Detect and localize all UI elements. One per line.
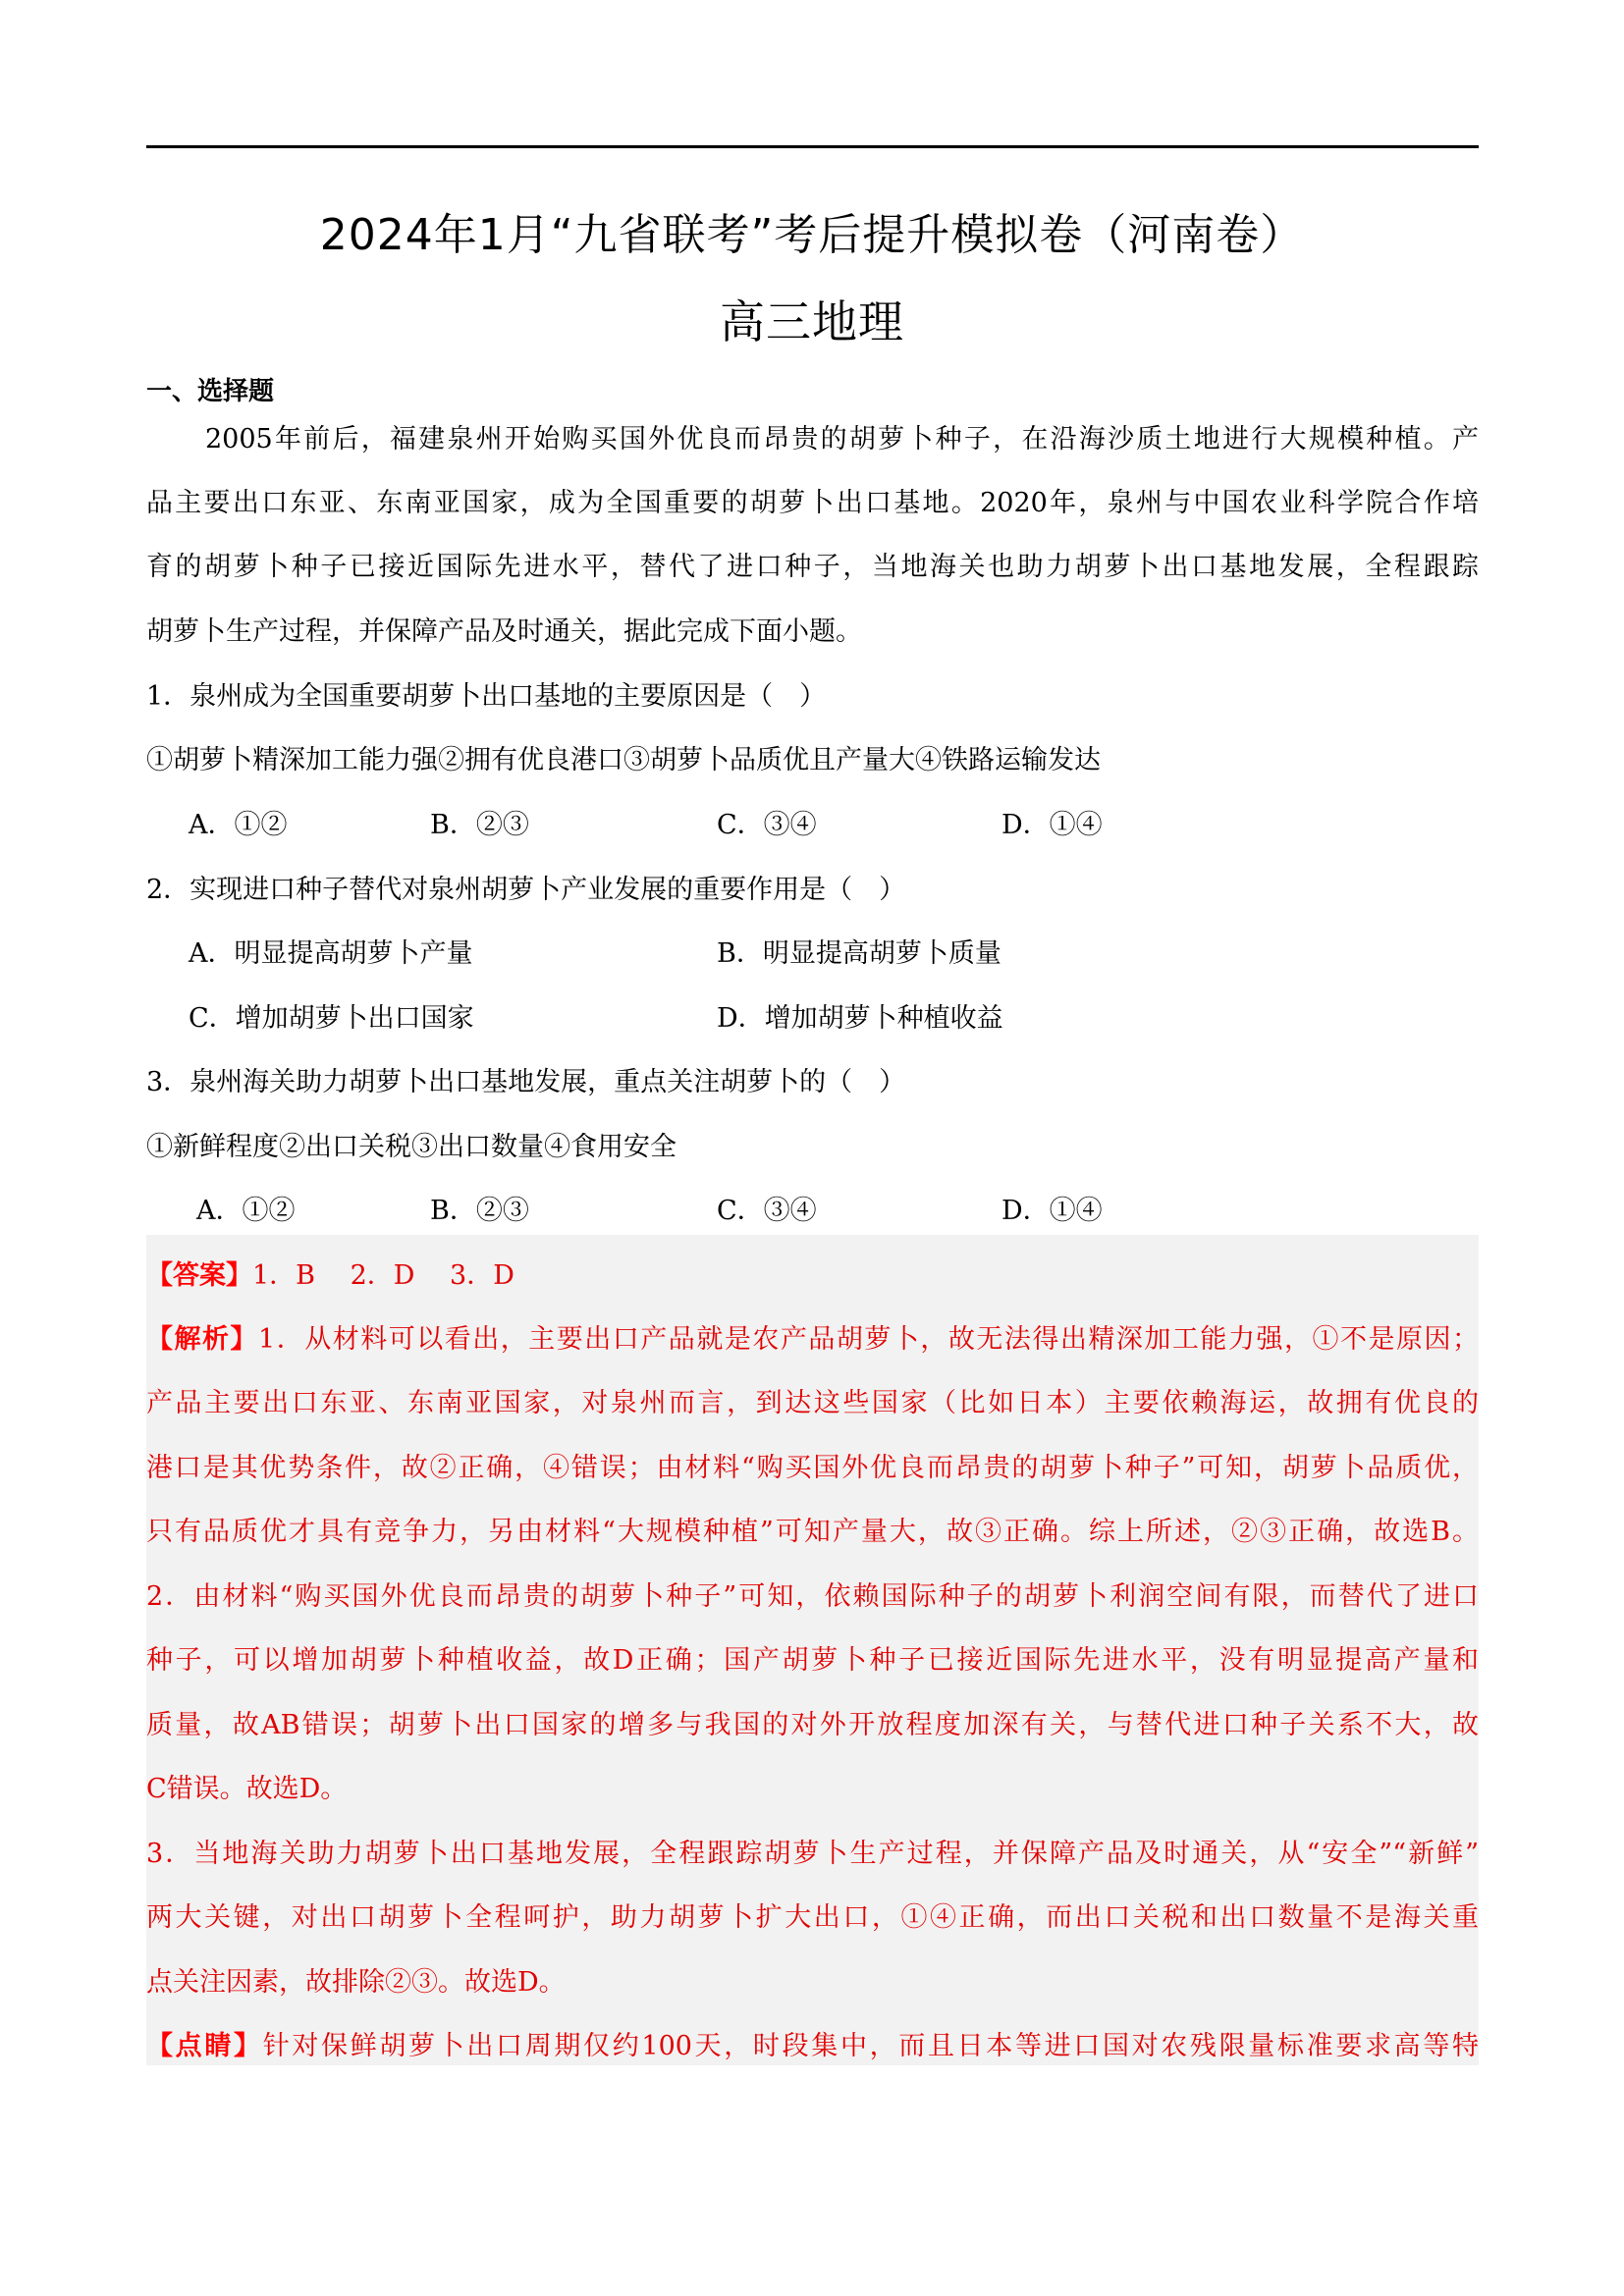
option-a: A．①② [196, 1198, 296, 1224]
option-a: A．①② [189, 812, 288, 838]
page-title: 2024年1月“九省联考”考后提升模拟卷（河南卷） [0, 214, 1624, 257]
page-subtitle: 高三地理 [0, 299, 1624, 345]
option-d: D．增加胡萝卜种植收益 [717, 1005, 1003, 1032]
analysis-line: 只有品质优才具有竞争力，另由材料“大规模种植”可知产量大，故③正确。综上所述，②… [146, 1519, 1479, 1545]
analysis-line: 两大关键，对出口胡萝卜全程呵护，助力胡萝卜扩大出口，①④正确，而出口关税和出口数… [146, 1904, 1479, 1931]
analysis-line: 点关注因素，故排除②③。故选D。 [146, 1969, 1479, 1996]
tip-line: 【点睛】针对保鲜胡萝卜出口周期仅约100天，时段集中，而且日本等进口国对农残限量… [146, 2033, 1479, 2059]
passage-line: 2005年前后，福建泉州开始购买国外优良而昂贵的胡萝卜种子，在沿海沙质土地进行大… [146, 426, 1479, 453]
question-stem: 1．泉州成为全国重要胡萝卜出口基地的主要原因是（ ） [146, 683, 1479, 710]
analysis-line: 3．当地海关助力胡萝卜出口基地发展，全程跟踪胡萝卜生产过程，并保障产品及时通关，… [146, 1841, 1479, 1867]
analysis-line: C错误。故选D。 [146, 1776, 1479, 1802]
analysis-line: 种子，可以增加胡萝卜种植收益，故D正确；国产胡萝卜种子已接近国际先进水平，没有明… [146, 1647, 1479, 1674]
analysis-line: 【解析】1．从材料可以看出，主要出口产品就是农产品胡萝卜，故无法得出精深加工能力… [146, 1326, 1479, 1353]
section-heading: 一、选择题 [146, 371, 274, 407]
passage-line: 胡萝卜生产过程，并保障产品及时通关，据此完成下面小题。 [146, 618, 1479, 645]
option-c: C．③④ [717, 812, 817, 838]
option-d: D．①④ [1001, 812, 1103, 838]
question-statements: ①新鲜程度②出口关税③出口数量④食用安全 [146, 1134, 1479, 1160]
analysis-label: 【解析】 [146, 1324, 258, 1355]
analysis-line: 质量，故AB错误；胡萝卜出口国家的增多与我国的对外开放程度加深有关，与替代进口种… [146, 1712, 1479, 1738]
question-stem: 3．泉州海关助力胡萝卜出口基地发展，重点关注胡萝卜的（ ） [146, 1069, 1479, 1095]
passage-line: 育的胡萝卜种子已接近国际先进水平，替代了进口种子，当地海关也助力胡萝卜出口基地发… [146, 554, 1479, 580]
option-b: B．②③ [430, 812, 529, 838]
option-d: D．①④ [1001, 1198, 1103, 1224]
analysis-line: 港口是其优势条件，故②正确，④错误；由材料“购买国外优良而昂贵的胡萝卜种子”可知… [146, 1455, 1479, 1481]
answer-text: 1．B 2．D 3．D [252, 1260, 514, 1291]
analysis-line: 2．由材料“购买国外优良而昂贵的胡萝卜种子”可知，依赖国际种子的胡萝卜利润空间有… [146, 1583, 1479, 1610]
option-c: C．③④ [717, 1198, 817, 1224]
analysis-line: 产品主要出口东亚、东南亚国家，对泉州而言，到达这些国家（比如日本）主要依赖海运，… [146, 1390, 1479, 1416]
option-b: B．明显提高胡萝卜质量 [717, 940, 1001, 967]
question-statements: ①胡萝卜精深加工能力强②拥有优良港口③胡萝卜品质优且产量大④铁路运输发达 [146, 747, 1479, 774]
option-c: C．增加胡萝卜出口国家 [189, 1005, 474, 1032]
question-stem: 2．实现进口种子替代对泉州胡萝卜产业发展的重要作用是（ ） [146, 877, 1479, 903]
tip-label: 【点睛】 [146, 2031, 263, 2061]
answer-line: 【答案】1．B 2．D 3．D [146, 1262, 1479, 1289]
header-rule [146, 145, 1479, 148]
option-b: B．②③ [430, 1198, 529, 1224]
option-a: A．明显提高胡萝卜产量 [189, 940, 473, 967]
tip-text: 针对保鲜胡萝卜出口周期仅约100天，时段集中，而且日本等进口国对农残限量标准要求… [263, 2031, 1479, 2061]
passage-line: 品主要出口东亚、东南亚国家，成为全国重要的胡萝卜出口基地。2020年，泉州与中国… [146, 490, 1479, 516]
analysis-text: 1．从材料可以看出，主要出口产品就是农产品胡萝卜，故无法得出精深加工能力强，①不… [258, 1324, 1479, 1355]
answer-label: 【答案】 [146, 1260, 252, 1291]
